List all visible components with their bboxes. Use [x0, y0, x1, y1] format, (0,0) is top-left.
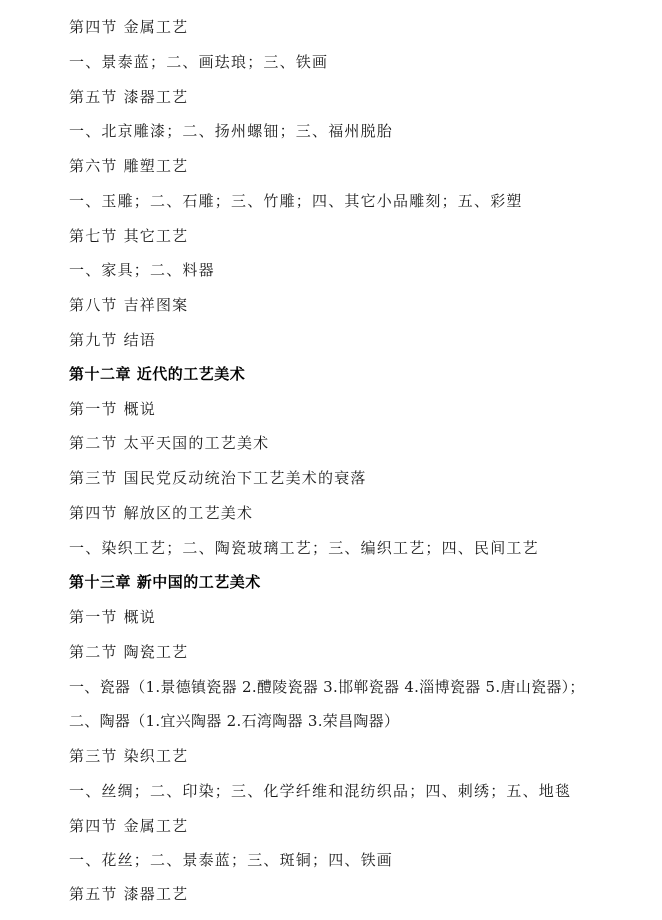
- item-list: 一、瓷器（1.景德镇瓷器 2.醴陵瓷器 3.邯郸瓷器 4.淄博瓷器 5.唐山瓷器…: [69, 677, 585, 697]
- document-page: 第四节 金属工艺 一、景泰蓝；二、画珐琅；三、铁画 第五节 漆器工艺 一、北京雕…: [0, 0, 662, 920]
- item-list: 一、家具；二、料器: [69, 260, 215, 280]
- item-list: 一、玉雕；二、石雕；三、竹雕；四、其它小品雕刻；五、彩塑: [69, 191, 523, 211]
- item-list: 一、丝绸；二、印染；三、化学纤维和混纺织品；四、刺绣；五、地毯: [69, 781, 571, 801]
- section-heading: 第四节 解放区的工艺美术: [69, 503, 253, 523]
- section-heading: 第七节 其它工艺: [69, 226, 188, 246]
- section-heading: 第二节 太平天国的工艺美术: [69, 433, 269, 453]
- section-heading: 第四节 金属工艺: [69, 17, 188, 37]
- item-list: 二、陶器（1.宜兴陶器 2.石湾陶器 3.荣昌陶器）: [69, 711, 399, 731]
- section-heading: 第一节 概说: [69, 399, 156, 419]
- chapter-heading: 第十三章 新中国的工艺美术: [69, 572, 261, 592]
- section-heading: 第五节 漆器工艺: [69, 884, 188, 904]
- section-heading: 第五节 漆器工艺: [69, 87, 188, 107]
- section-heading: 第四节 金属工艺: [69, 816, 188, 836]
- item-list: 一、景泰蓝；二、画珐琅；三、铁画: [69, 52, 328, 72]
- section-heading: 第八节 吉祥图案: [69, 295, 188, 315]
- item-list: 一、北京雕漆；二、扬州螺钿；三、福州脱胎: [69, 121, 393, 141]
- item-list: 一、花丝；二、景泰蓝；三、斑铜；四、铁画: [69, 850, 393, 870]
- item-list: 一、染织工艺；二、陶瓷玻璃工艺；三、编织工艺；四、民间工艺: [69, 538, 539, 558]
- section-heading: 第一节 概说: [69, 607, 156, 627]
- section-heading: 第三节 染织工艺: [69, 746, 188, 766]
- section-heading: 第二节 陶瓷工艺: [69, 642, 188, 662]
- section-heading: 第九节 结语: [69, 330, 156, 350]
- section-heading: 第六节 雕塑工艺: [69, 156, 188, 176]
- chapter-heading: 第十二章 近代的工艺美术: [69, 364, 245, 384]
- section-heading: 第三节 国民党反动统治下工艺美术的衰落: [69, 468, 367, 488]
